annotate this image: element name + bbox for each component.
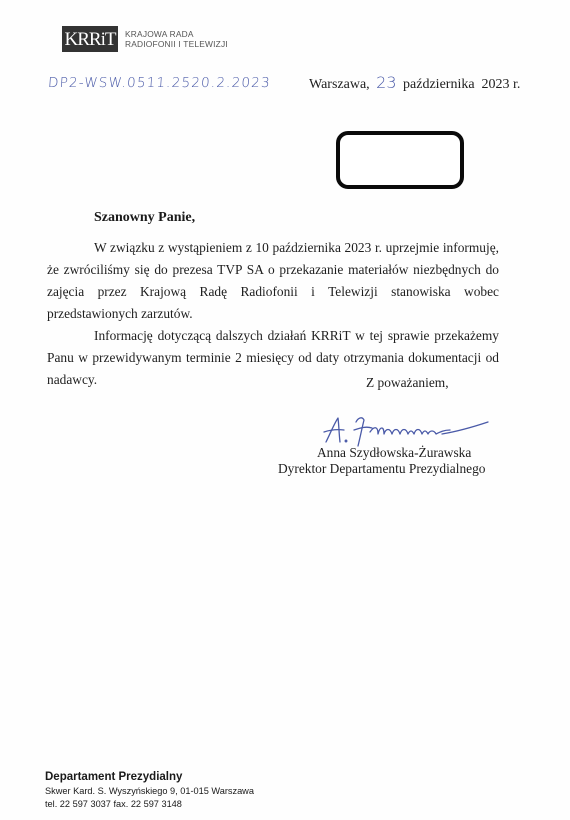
paragraph: W związku z wystąpieniem z 10 październi… xyxy=(47,237,499,325)
dateline: Warszawa, 23 października 2023 r. xyxy=(309,73,520,93)
dateline-city: Warszawa, xyxy=(309,77,370,92)
footer-department: Departament Prezydialny xyxy=(45,770,254,785)
letter-body: W związku z wystąpieniem z 10 październi… xyxy=(47,237,499,391)
footer: Departament Prezydialny Skwer Kard. S. W… xyxy=(45,770,254,810)
salutation: Szanowny Panie, xyxy=(94,210,195,226)
footer-address: Skwer Kard. S. Wyszyńskiego 9, 01-015 Wa… xyxy=(45,785,254,798)
logo-mark: KRRiT xyxy=(62,26,118,52)
reference-number: DP2-WSW.0511.2520.2.2023 xyxy=(47,75,271,91)
logo-wordmark: KRAJOWA RADA RADIOFONII I TELEWIZJI xyxy=(125,29,228,49)
logo-line-2: RADIOFONII I TELEWIZJI xyxy=(125,39,228,49)
dateline-month-year: października 2023 r. xyxy=(403,77,520,92)
letter-page: KRRiT KRAJOWA RADA RADIOFONII I TELEWIZJ… xyxy=(0,0,570,820)
closing: Z poważaniem, xyxy=(366,375,449,391)
dateline-day: 23 xyxy=(376,73,396,92)
logo-line-1: KRAJOWA RADA xyxy=(125,29,228,39)
footer-contact: tel. 22 597 3037 fax. 22 597 3148 xyxy=(45,798,254,811)
redacted-recipient-box xyxy=(336,131,464,189)
signer-title: Dyrektor Departamentu Prezydialnego xyxy=(278,461,485,477)
signature-icon xyxy=(322,412,492,448)
krrit-logo: KRRiT KRAJOWA RADA RADIOFONII I TELEWIZJ… xyxy=(62,26,228,52)
signer-name: Anna Szydłowska-Żurawska xyxy=(317,445,471,461)
